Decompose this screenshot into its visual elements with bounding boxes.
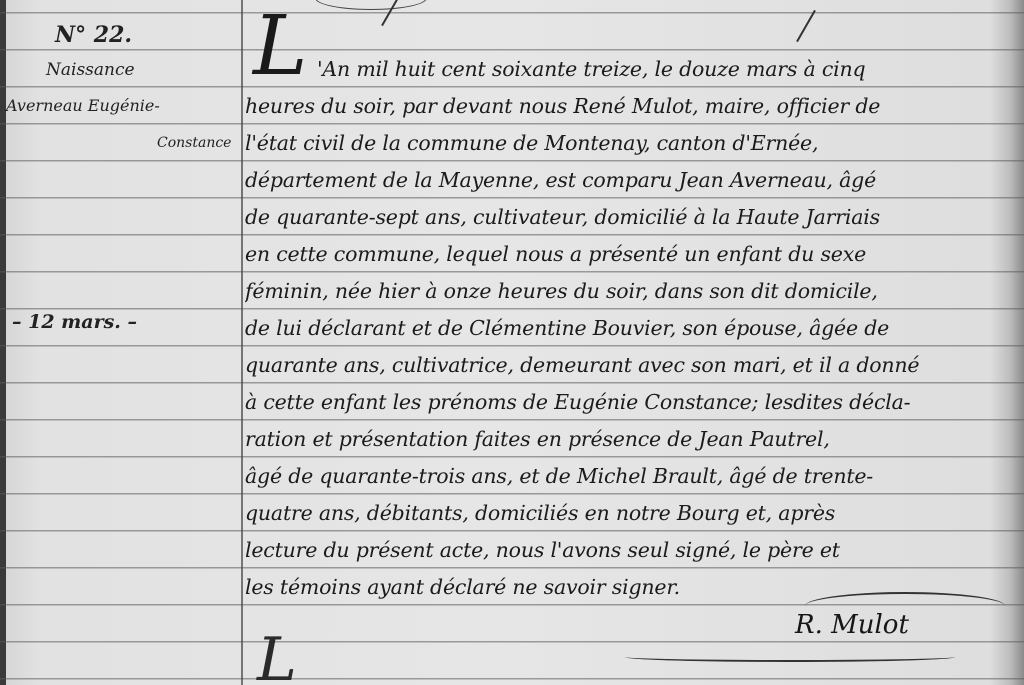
text-line-8: de lui déclarant et de Clémentine Bouvie… xyxy=(245,316,1020,340)
entry-type: Naissance xyxy=(46,60,135,80)
previous-signature-flourish xyxy=(315,0,427,10)
text-line-14: lecture du présent acte, nous l'avons se… xyxy=(245,538,1020,562)
register-page: N° 22. Naissance Averneau Eugénie- Const… xyxy=(0,0,1024,685)
text-line-6: en cette commune, lequel nous a présenté… xyxy=(245,242,1020,266)
record-body: L 'An mil huit cent soixante treize, le … xyxy=(245,0,1020,685)
text-line-2: heures du soir, par devant nous René Mul… xyxy=(245,94,1020,118)
signature-flourish-bottom xyxy=(625,652,955,662)
child-name-line-2: Constance xyxy=(157,135,231,151)
text-line-13: quatre ans, débitants, domiciliés en not… xyxy=(245,501,1020,525)
drop-cap: L xyxy=(253,6,307,88)
entry-number: N° 22. xyxy=(55,22,132,48)
text-line-3: l'état civil de la commune de Montenay, … xyxy=(245,131,1020,155)
margin-rule xyxy=(241,0,243,685)
signature-text: R. Mulot xyxy=(795,610,909,640)
next-entry-drop-cap: L xyxy=(257,630,297,685)
child-name-line-1: Averneau Eugénie- xyxy=(6,96,160,115)
text-line-10: à cette enfant les prénoms de Eugénie Co… xyxy=(245,390,1020,414)
text-line-4: département de la Mayenne, est comparu J… xyxy=(245,168,1020,192)
text-line-9: quarante ans, cultivatrice, demeurant av… xyxy=(245,353,1020,377)
text-line-1: 'An mil huit cent soixante treize, le do… xyxy=(317,57,1017,81)
text-line-12: âgé de quarante-trois ans, et de Michel … xyxy=(245,464,1020,488)
margin-date-note: – 12 mars. – xyxy=(12,311,137,333)
ink-stroke xyxy=(796,10,816,42)
margin-column: N° 22. Naissance Averneau Eugénie- Const… xyxy=(0,0,240,685)
text-line-5: de quarante-sept ans, cultivateur, domic… xyxy=(245,205,1020,229)
text-line-7: féminin, née hier à onze heures du soir,… xyxy=(245,279,1020,303)
mayor-signature: R. Mulot xyxy=(745,592,1024,672)
text-line-11: ration et présentation faites en présenc… xyxy=(245,427,1020,451)
